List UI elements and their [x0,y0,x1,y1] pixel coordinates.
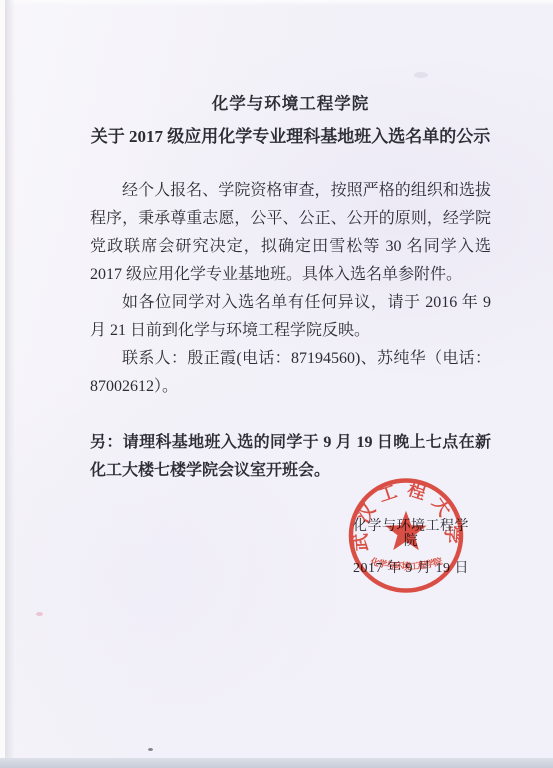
document-subtitle: 关于 2017 级应用化学专业理科基地班入选名单的公示 [86,122,495,147]
seal-bottom-text: 化学与环境工程学院 [368,555,443,572]
scan-speck-pink [36,612,43,616]
paragraph-objection-deadline: 如各位同学对入选名单有任何异议，请于 2016 年 9 月 21 日前到化学与环… [90,289,491,345]
scan-speck-dark [148,748,153,751]
official-seal: 武汉工程大学 化学与环境工程学院 [344,476,468,595]
paragraph-selection-process: 经个人报名、学院资格审查，按照严格的组织和选拔程序，秉承尊重志愿，公平、公正、公… [90,177,491,289]
scanned-notice-page: 化学与环境工程学院 关于 2017 级应用化学专业理科基地班入选名单的公示 经个… [0,0,553,768]
scan-smudge [414,72,428,78]
paragraph-contacts: 联系人：殷正霞(电话：87194560)、苏纯华（电话：87002612）。 [90,345,491,401]
scan-edge-bottom [0,758,553,768]
document-body: 经个人报名、学院资格审查，按照严格的组织和选拔程序，秉承尊重志愿，公平、公正、公… [90,177,491,485]
seal-star-icon [385,511,426,550]
scan-shadow-left [5,0,15,768]
scan-edge-top [0,0,553,6]
document-title: 化学与环境工程学院 [90,90,491,114]
